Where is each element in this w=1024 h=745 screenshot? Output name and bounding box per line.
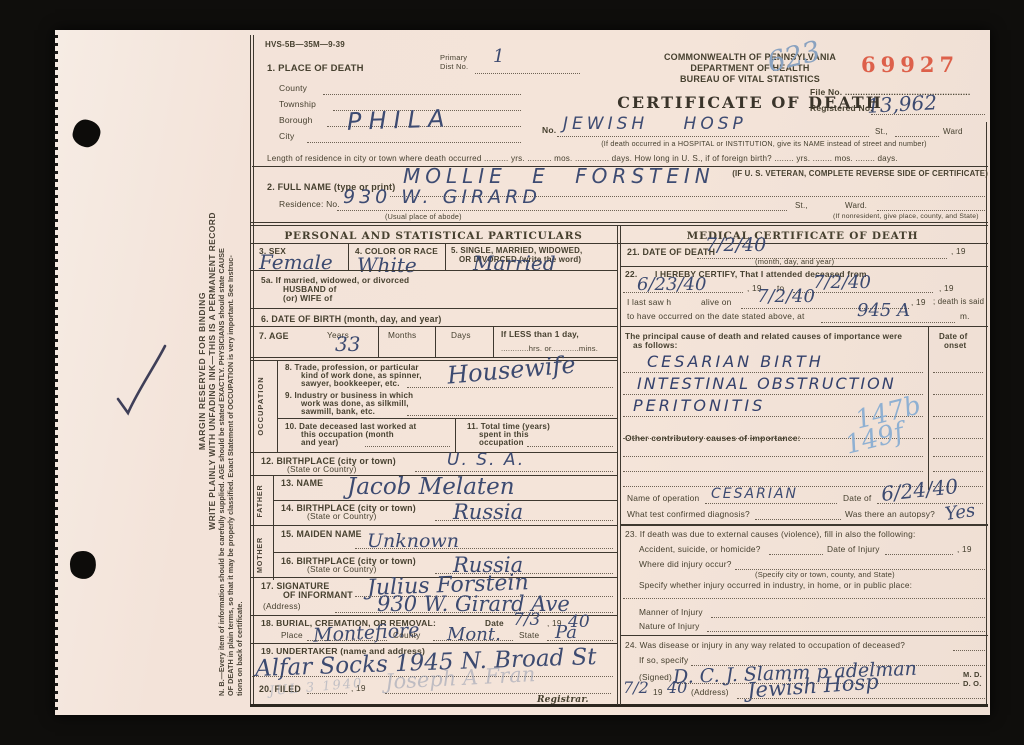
burial-place-label: Place [281, 631, 303, 641]
form-left-rule [253, 35, 254, 705]
printed-19: , 19 [939, 284, 954, 294]
nature-of-injury-label: Nature of Injury [639, 622, 699, 632]
dotted-line [307, 640, 387, 641]
maiden-name-label: 15. MAIDEN NAME [281, 529, 362, 539]
rule [620, 266, 988, 267]
dotted-line [365, 446, 450, 447]
father-name-value: Jacob Melaten [347, 474, 515, 500]
institution-line [557, 136, 869, 137]
onset-dotted-line [933, 471, 983, 472]
rule [250, 615, 617, 616]
autopsy-label: Was there an autopsy? [845, 510, 935, 520]
place-of-death-heading: 1. PLACE OF DEATH [267, 64, 364, 75]
punch-hole-bottom [68, 549, 98, 580]
county-line [323, 94, 521, 95]
rule [250, 270, 617, 271]
dotted-line [705, 503, 837, 504]
hospital-note: (If death occurred in a HOSPITAL or INST… [540, 140, 988, 148]
rule [250, 326, 617, 327]
dotted-line [547, 640, 613, 641]
date-of-birth-label: 6. DATE OF BIRTH (month, day, and year) [261, 314, 442, 324]
onset-dotted-line [933, 416, 983, 417]
city-label: City [279, 132, 294, 142]
occupation-side-label: OCCUPATION [257, 366, 269, 446]
dotted-line [623, 394, 923, 395]
dotted-line [885, 554, 953, 555]
burial-date-value: 7/3 [513, 610, 540, 630]
dotted-line [385, 693, 611, 694]
registrar-label: Registrar. [537, 695, 589, 705]
residence-line [337, 210, 787, 211]
dotted-line [355, 548, 613, 549]
rule [250, 643, 617, 644]
st-label: St., [795, 201, 808, 210]
rule [250, 243, 988, 244]
father-side-label: FATHER [256, 481, 266, 521]
injury-date-label: Date of Injury [827, 545, 880, 555]
attended-from-value: 6/23/40 [637, 274, 706, 295]
scanned-death-certificate: { "margin": { "line1": "MARGIN RESERVED … [0, 0, 1024, 745]
cause-line-3: PERITONITIS [633, 396, 765, 415]
rule [273, 552, 617, 553]
rule [250, 525, 617, 526]
handwritten-checkmark [111, 340, 173, 430]
informant-address-label: (Address) [263, 602, 301, 612]
accident-label: Accident, suicide, or homicide? [639, 545, 761, 555]
occupation-related-label: 24. Was disease or injury in any way rel… [625, 641, 905, 651]
dotted-line [435, 520, 613, 521]
borough-label: Borough [279, 116, 313, 126]
age-months-label: Months [388, 331, 416, 341]
cause-line-1: CESARIAN BIRTH [647, 352, 824, 371]
mother-side-label: MOTHER [256, 533, 266, 577]
marital-value: Married [473, 251, 556, 275]
burial-county-label: County [393, 631, 421, 641]
dotted-line [711, 617, 985, 618]
commonwealth-line: COMMONWEALTH OF PENNSYLVANIA [600, 52, 900, 62]
informant-label: OF INFORMANT [283, 590, 353, 600]
margin-line: N. B.—Every item of information should b… [217, 46, 226, 696]
institution-value: JEWISH HOSP [563, 114, 747, 134]
operation-date-label: Date of [843, 494, 871, 504]
ward-label: Ward. [845, 201, 867, 210]
cause-code-2: 149f [842, 417, 907, 460]
dotted-line [707, 631, 985, 632]
occurred-label: to have occurred on the date stated abov… [627, 312, 805, 322]
less-than-day-label: If LESS than 1 day, [501, 330, 579, 340]
trade-line [407, 387, 613, 388]
last-worked-label3: and year) [301, 438, 338, 447]
rule [250, 452, 617, 453]
test-label: What test confirmed diagnosis? [627, 510, 750, 520]
dotted-line [623, 372, 923, 373]
attended-to-value: 7/2/40 [813, 272, 871, 293]
dotted-line [895, 136, 939, 137]
margin-line: OF DEATH in plain terms, so that it may … [226, 46, 235, 696]
dotted-line [623, 598, 985, 599]
column-divider [617, 226, 618, 705]
right-column-header: MEDICAL CERTIFICATE OF DEATH [617, 230, 988, 242]
age-days-label: Days [451, 331, 471, 341]
punch-hole-top [70, 117, 103, 150]
rule [250, 222, 988, 223]
if-so-specify-label: If so, specify [639, 656, 688, 666]
cell-divider [493, 326, 494, 357]
alive-on-label: alive on [701, 298, 731, 308]
onset-dotted-line [933, 394, 983, 395]
left-column-header: PERSONAL AND STATISTICAL PARTICULARS [250, 230, 617, 242]
burial-county-value: Mont. [447, 624, 501, 645]
date-of-death-label: 21. DATE OF DEATH [627, 247, 715, 257]
cell-divider [378, 326, 379, 357]
specify-injury-label: Specify whether injury occurred in indus… [639, 581, 912, 591]
dotted-line [953, 650, 985, 651]
signed-year-value: 40 [667, 678, 687, 697]
st-label: St., [875, 127, 888, 136]
industry-label3: sawmill, bank, etc. [301, 407, 375, 416]
form-bottom-rule [250, 704, 988, 707]
full-name-value: MOLLIE E FORSTEIN [403, 164, 715, 188]
external-causes-label: 23. If death was due to external causes … [625, 530, 915, 540]
rule [620, 524, 988, 526]
perforated-edge [53, 30, 58, 715]
contributory-label: Other contributory causes of importance: [625, 434, 801, 444]
rule [277, 418, 617, 419]
operation-date-value: 6/24/40 [880, 474, 959, 506]
abode-note: (Usual place of abode) [385, 213, 462, 221]
margin-line: WRITE PLAINLY WITH UNFADING INK—THIS IS … [207, 46, 217, 696]
margin-line: MARGIN RESERVED FOR BINDING [197, 46, 207, 696]
time-of-death-value: 945 A [857, 300, 910, 321]
dotted-line [623, 456, 923, 457]
trade-label3: sawyer, bookkeeper, etc. [301, 379, 400, 388]
rule [273, 500, 617, 501]
signed-date-value: 7/2 [623, 678, 649, 697]
cell-divider [455, 418, 456, 452]
signed-address-label: (Address) [691, 688, 729, 698]
printed-19: , 19 [911, 298, 926, 308]
father-birthplace-label2: (State or Country) [307, 512, 377, 522]
rule [620, 326, 988, 327]
residence-length-line: Length of residence in city or town wher… [267, 154, 898, 163]
burial-state-label: State [519, 631, 539, 641]
birthplace-value: U. S. A. [447, 450, 525, 470]
column-divider [620, 226, 621, 705]
autopsy-value: Yes [944, 500, 977, 525]
onset-box-rule [928, 326, 929, 490]
rule [250, 225, 988, 226]
date-of-onset-label: Date of [939, 332, 968, 341]
department-line: DEPARTMENT OF HEALTH [600, 63, 900, 73]
cell-divider [435, 326, 436, 357]
last-saw-label: I last saw h [627, 298, 671, 308]
rule [620, 635, 988, 636]
ward-label: Ward [943, 127, 963, 136]
dotted-line [527, 446, 613, 447]
dotted-line [737, 698, 985, 699]
dotted-line [755, 519, 841, 520]
institution-no-label: No. [542, 126, 556, 136]
father-name-label: 13. NAME [281, 478, 323, 488]
date-of-onset-label2: onset [944, 341, 966, 350]
dotted-line [475, 73, 580, 74]
dotted-line [769, 554, 823, 555]
dotted-line [821, 322, 955, 323]
certificate-stamp-number: 69927 [861, 52, 959, 77]
form-right-rule [986, 122, 987, 705]
cell-divider [348, 243, 349, 270]
total-time-label3: occupation [479, 438, 524, 447]
certificate-paper: MARGIN RESERVED FOR BINDING WRITE PLAINL… [55, 30, 990, 715]
residence-no-label: Residence: No. [279, 200, 340, 210]
where-injury-note: (Specify city or town, county, and State… [755, 571, 895, 580]
m-label: m. [960, 312, 970, 322]
city-value: PHILA [347, 104, 452, 136]
primary-dist-value: 1 [493, 46, 504, 67]
operation-label: Name of operation [627, 494, 699, 504]
dotted-line [623, 471, 923, 472]
nonresident-note: (If nonresident, give place, county, and… [833, 213, 979, 221]
onset-dotted-line [933, 456, 983, 457]
certificate-title: CERTIFICATE OF DEATH [600, 94, 900, 112]
dotted-line [415, 471, 613, 472]
printed-19: 19 [653, 688, 663, 698]
rule [250, 308, 617, 309]
color-race-value: White [357, 253, 417, 277]
bureau-line: BUREAU OF VITAL STATISTICS [600, 74, 900, 84]
operation-value: CESARIAN [711, 486, 798, 502]
binding-margin-note: MARGIN RESERVED FOR BINDING WRITE PLAINL… [197, 46, 247, 696]
wife-of-label: (or) WIFE of [283, 294, 332, 304]
where-injury-label: Where did injury occur? [639, 560, 732, 570]
onset-dotted-line [933, 438, 983, 439]
county-label: County [279, 84, 307, 94]
do-label: D. O. [963, 680, 982, 689]
manner-of-injury-label: Manner of Injury [639, 608, 703, 618]
cell-divider [445, 243, 446, 270]
printed-19: , 19 [951, 247, 966, 257]
certify-num: 22. [625, 270, 637, 280]
date-of-death-value: 7/2/40 [705, 234, 766, 256]
margin-line: tions on back of certificate. [235, 46, 244, 696]
age-value: 33 [335, 332, 360, 356]
death-said-label: ; death is said [933, 298, 984, 307]
age-label: 7. AGE [259, 331, 289, 341]
dist-no-label: Dist No. [440, 63, 468, 72]
city-line [307, 142, 521, 143]
mother-birthplace-label2: (State or Country) [307, 565, 377, 575]
form-number: HVS-5B—35M—9-39 [265, 40, 345, 49]
principal-cause-label: The principal cause of death and related… [625, 332, 902, 341]
principal-cause-label2: as follows: [633, 341, 678, 350]
occupation-box-rule [277, 360, 278, 452]
dotted-line [433, 640, 513, 641]
dotted-line [877, 210, 985, 211]
residence-value: 930 W. GIRARD [343, 186, 541, 208]
onset-dotted-line [933, 372, 983, 373]
township-label: Township [279, 100, 316, 110]
printed-19: , 19 [957, 545, 972, 555]
cause-line-2: INTESTINAL OBSTRUCTION [637, 374, 896, 393]
industry-line [407, 415, 613, 416]
form-left-rule [250, 35, 251, 705]
last-saw-value: 7/2/40 [757, 286, 815, 307]
